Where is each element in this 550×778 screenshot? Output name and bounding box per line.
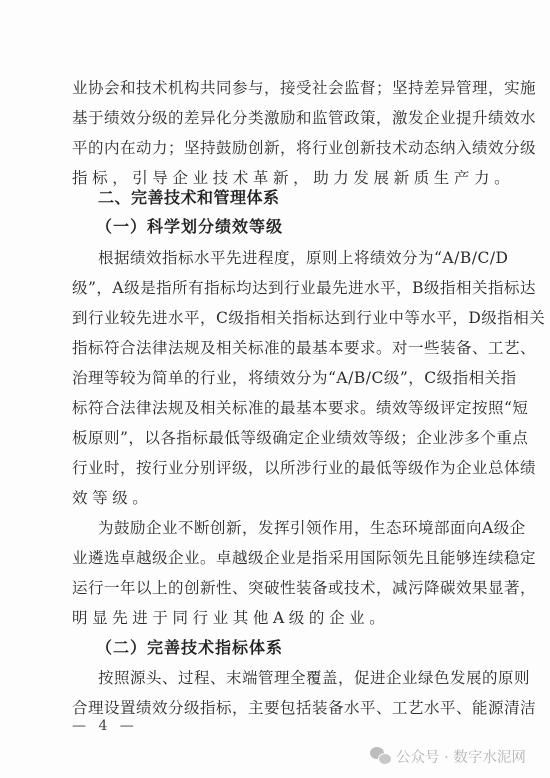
text-line: 到行业较先进水平，C级指相关指标达到行业中等水平，D级指相关: [72, 307, 482, 329]
text-line: 板原则”，以各指标最低等级确定企业绩效等级；企业涉多个重点: [72, 427, 482, 449]
text-line: 级”，A级是指所有指标均达到行业最先进水平，B级指相关指标达: [72, 277, 482, 299]
watermark-text: 公众号 · 数字水泥网: [396, 746, 526, 767]
section-heading: 二、完善技术和管理体系: [98, 186, 280, 210]
text-line: 明显先进于同行业其他A级的企业。: [72, 607, 482, 629]
text-line: 基于绩效分级的差异化分类激励和监管政策，激发企业提升绩效水: [72, 107, 482, 129]
text-line: 按照源头、过程、末端管理全覆盖，促进企业绿色发展的原则: [98, 667, 482, 689]
text-line: 运行一年以上的创新性、突破性装备或技术，减污降碳效果显著，: [72, 577, 482, 599]
text-line: 业遴选卓越级企业。卓越级企业是指采用国际领先且能够连续稳定: [72, 547, 482, 569]
subsection-heading-1: （一）科学划分绩效等级: [96, 215, 283, 239]
document-page: 业协会和技术机构共同参与，接受社会监督；坚持差异管理，实施 基于绩效分级的差异化…: [0, 0, 550, 778]
wechat-icon: [370, 747, 392, 765]
text-line: 指标符合法律法规及相关标准的最基本要求。对一些装备、工艺、: [72, 337, 482, 359]
text-line: 标符合法律法规及相关标准的最基本要求。绩效等级评定按照“短: [72, 397, 482, 419]
subsection-heading-2: （二）完善技术指标体系: [96, 636, 283, 660]
watermark: 公众号 · 数字水泥网: [370, 745, 526, 767]
text-line: 根据绩效指标水平先进程度，原则上将绩效分为“A/B/C/D: [98, 247, 482, 269]
text-line: 行业时，按行业分别评级，以所涉行业的最低等级作为企业总体绩: [72, 457, 482, 479]
text-line: 业协会和技术机构共同参与，接受社会监督；坚持差异管理，实施: [72, 77, 482, 99]
text-line: 治理等较为简单的行业，将绩效分为“A/B/C级”，C级指相关指: [72, 367, 482, 389]
text-line: 合理设置绩效分级指标，主要包括装备水平、工艺水平、能源清洁: [72, 697, 482, 719]
text-line: 平的内在动力；坚持鼓励创新，将行业创新技术动态纳入绩效分级: [72, 137, 482, 159]
text-line: 为鼓励企业不断创新，发挥引领作用，生态环境部面向A级企: [98, 517, 482, 539]
text-line: 效等级。: [72, 487, 482, 509]
page-number: — 4 —: [72, 718, 138, 734]
